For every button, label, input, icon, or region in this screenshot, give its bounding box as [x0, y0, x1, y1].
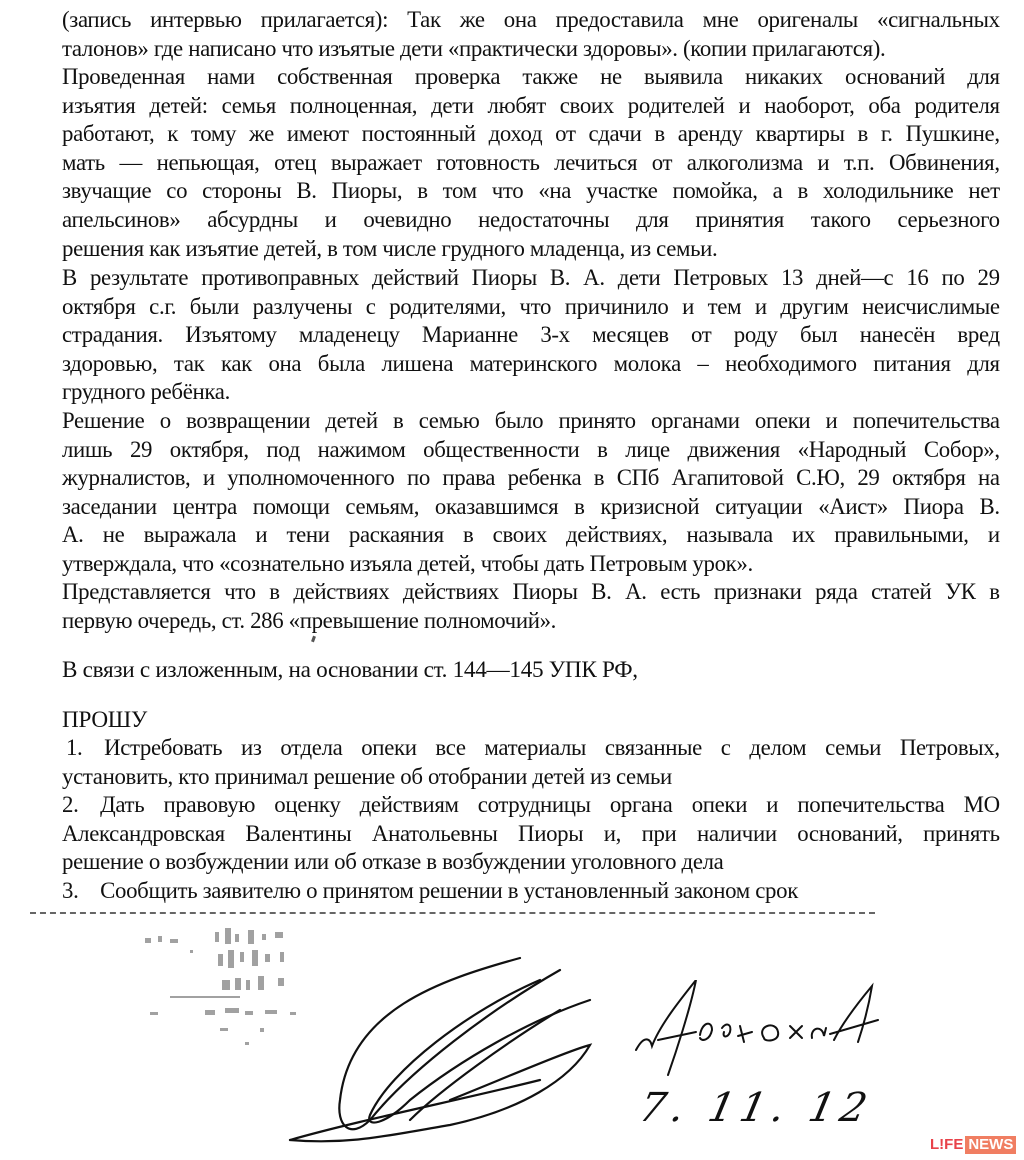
- request-list: 1.Истребовать из отдела опеки все матери…: [62, 734, 1000, 906]
- text-line: установить, кто принимал решение об отоб…: [62, 763, 1000, 792]
- text-line: Представляется что в действиях действиях…: [62, 578, 1000, 607]
- legal-basis-line: В связи с изложенным, на основании ст. 1…: [62, 656, 638, 684]
- text-line: мать — непьющая, отец выражает готовност…: [62, 149, 1000, 178]
- request-item-2: 2.Дать правовую оценку действиям сотрудн…: [62, 791, 1000, 820]
- lifenews-logo: L!FE NEWS: [928, 1136, 1016, 1154]
- text-line: решения как изъятие детей, в том числе г…: [62, 235, 1000, 264]
- logo-part-news: NEWS: [965, 1136, 1016, 1154]
- text-line: работают, к тому же имеют постоянный дох…: [62, 120, 1000, 149]
- request-number: 3.: [62, 878, 78, 904]
- paragraph-interview-note: (запись интервью прилагается): Так же он…: [62, 6, 1000, 63]
- text-line: лишь 29 октября, под нажимом общественно…: [62, 436, 1000, 465]
- text-line: (запись интервью прилагается): Так же он…: [62, 6, 1000, 35]
- request-heading: ПРОШУ: [62, 706, 147, 734]
- logo-part-life: L!FE: [928, 1136, 965, 1154]
- request-number: 1.: [66, 735, 82, 761]
- request-text: Дать правовую оценку действиям сотрудниц…: [100, 792, 1000, 818]
- signature-separator-line: [30, 912, 875, 914]
- paragraph-consequences: В результате противоправных действий Пио…: [62, 264, 1000, 407]
- scan-speck: [311, 636, 316, 643]
- text-line: страдания. Изъятому младенецу Марианне 3…: [62, 321, 1000, 350]
- paragraph-own-inspection: Проведенная нами собственная проверка та…: [62, 63, 1000, 263]
- text-line: утверждала, что «сознательно изъяла дете…: [62, 550, 1000, 579]
- text-line: решение о возбуждении или об отказе в во…: [62, 848, 1000, 877]
- handwritten-name-icon: [630, 980, 890, 1080]
- handwritten-date: 7. 11. 12: [635, 1085, 877, 1131]
- text-line: апельсинов» абсурдны и очевидно недостат…: [62, 206, 1000, 235]
- scanned-document-page: (запись интервью прилагается): Так же он…: [0, 0, 1024, 1160]
- text-line: грудного ребёнка.: [62, 378, 1000, 407]
- text-line: здоровью, так как она была лишена матери…: [62, 350, 1000, 379]
- text-line: звучащие со стороны В. Пиоры, в том что …: [62, 177, 1000, 206]
- text-line: октября с.г. были разлучены с родителями…: [62, 293, 1000, 322]
- text-line: первую очередь, ст. 286 «превышение полн…: [62, 607, 1000, 636]
- request-number: 2.: [62, 792, 78, 818]
- request-text: Сообщить заявителю о принятом решении в …: [100, 878, 798, 904]
- text-line: заседании центра помощи семьям, оказавши…: [62, 493, 1000, 522]
- text-line: журналистов, и уполномоченного по права …: [62, 464, 1000, 493]
- text-line: В результате противоправных действий Пио…: [62, 264, 1000, 293]
- signature-flourish-icon: [270, 950, 600, 1150]
- paragraph-criminal-signs: Представляется что в действиях действиях…: [62, 578, 1000, 635]
- text-line: Александровская Валентины Анатольевны Пи…: [62, 820, 1000, 849]
- text-line: Проведенная нами собственная проверка та…: [62, 63, 1000, 92]
- request-item-3: 3.Сообщить заявителю о принятом решении …: [62, 877, 1000, 906]
- text-line: изъятия детей: семья полноценная, дети л…: [62, 92, 1000, 121]
- paragraph-return-decision: Решение о возвращении детей в семью было…: [62, 407, 1000, 579]
- text-line: талонов» где написано что изъятые дети «…: [62, 35, 1000, 64]
- request-text: Истребовать из отдела опеки все материал…: [104, 735, 1000, 761]
- request-item-1: 1.Истребовать из отдела опеки все матери…: [62, 734, 1000, 763]
- text-line: А. не выражала и тени раскаяния в своих …: [62, 521, 1000, 550]
- text-line: Решение о возвращении детей в семью было…: [62, 407, 1000, 436]
